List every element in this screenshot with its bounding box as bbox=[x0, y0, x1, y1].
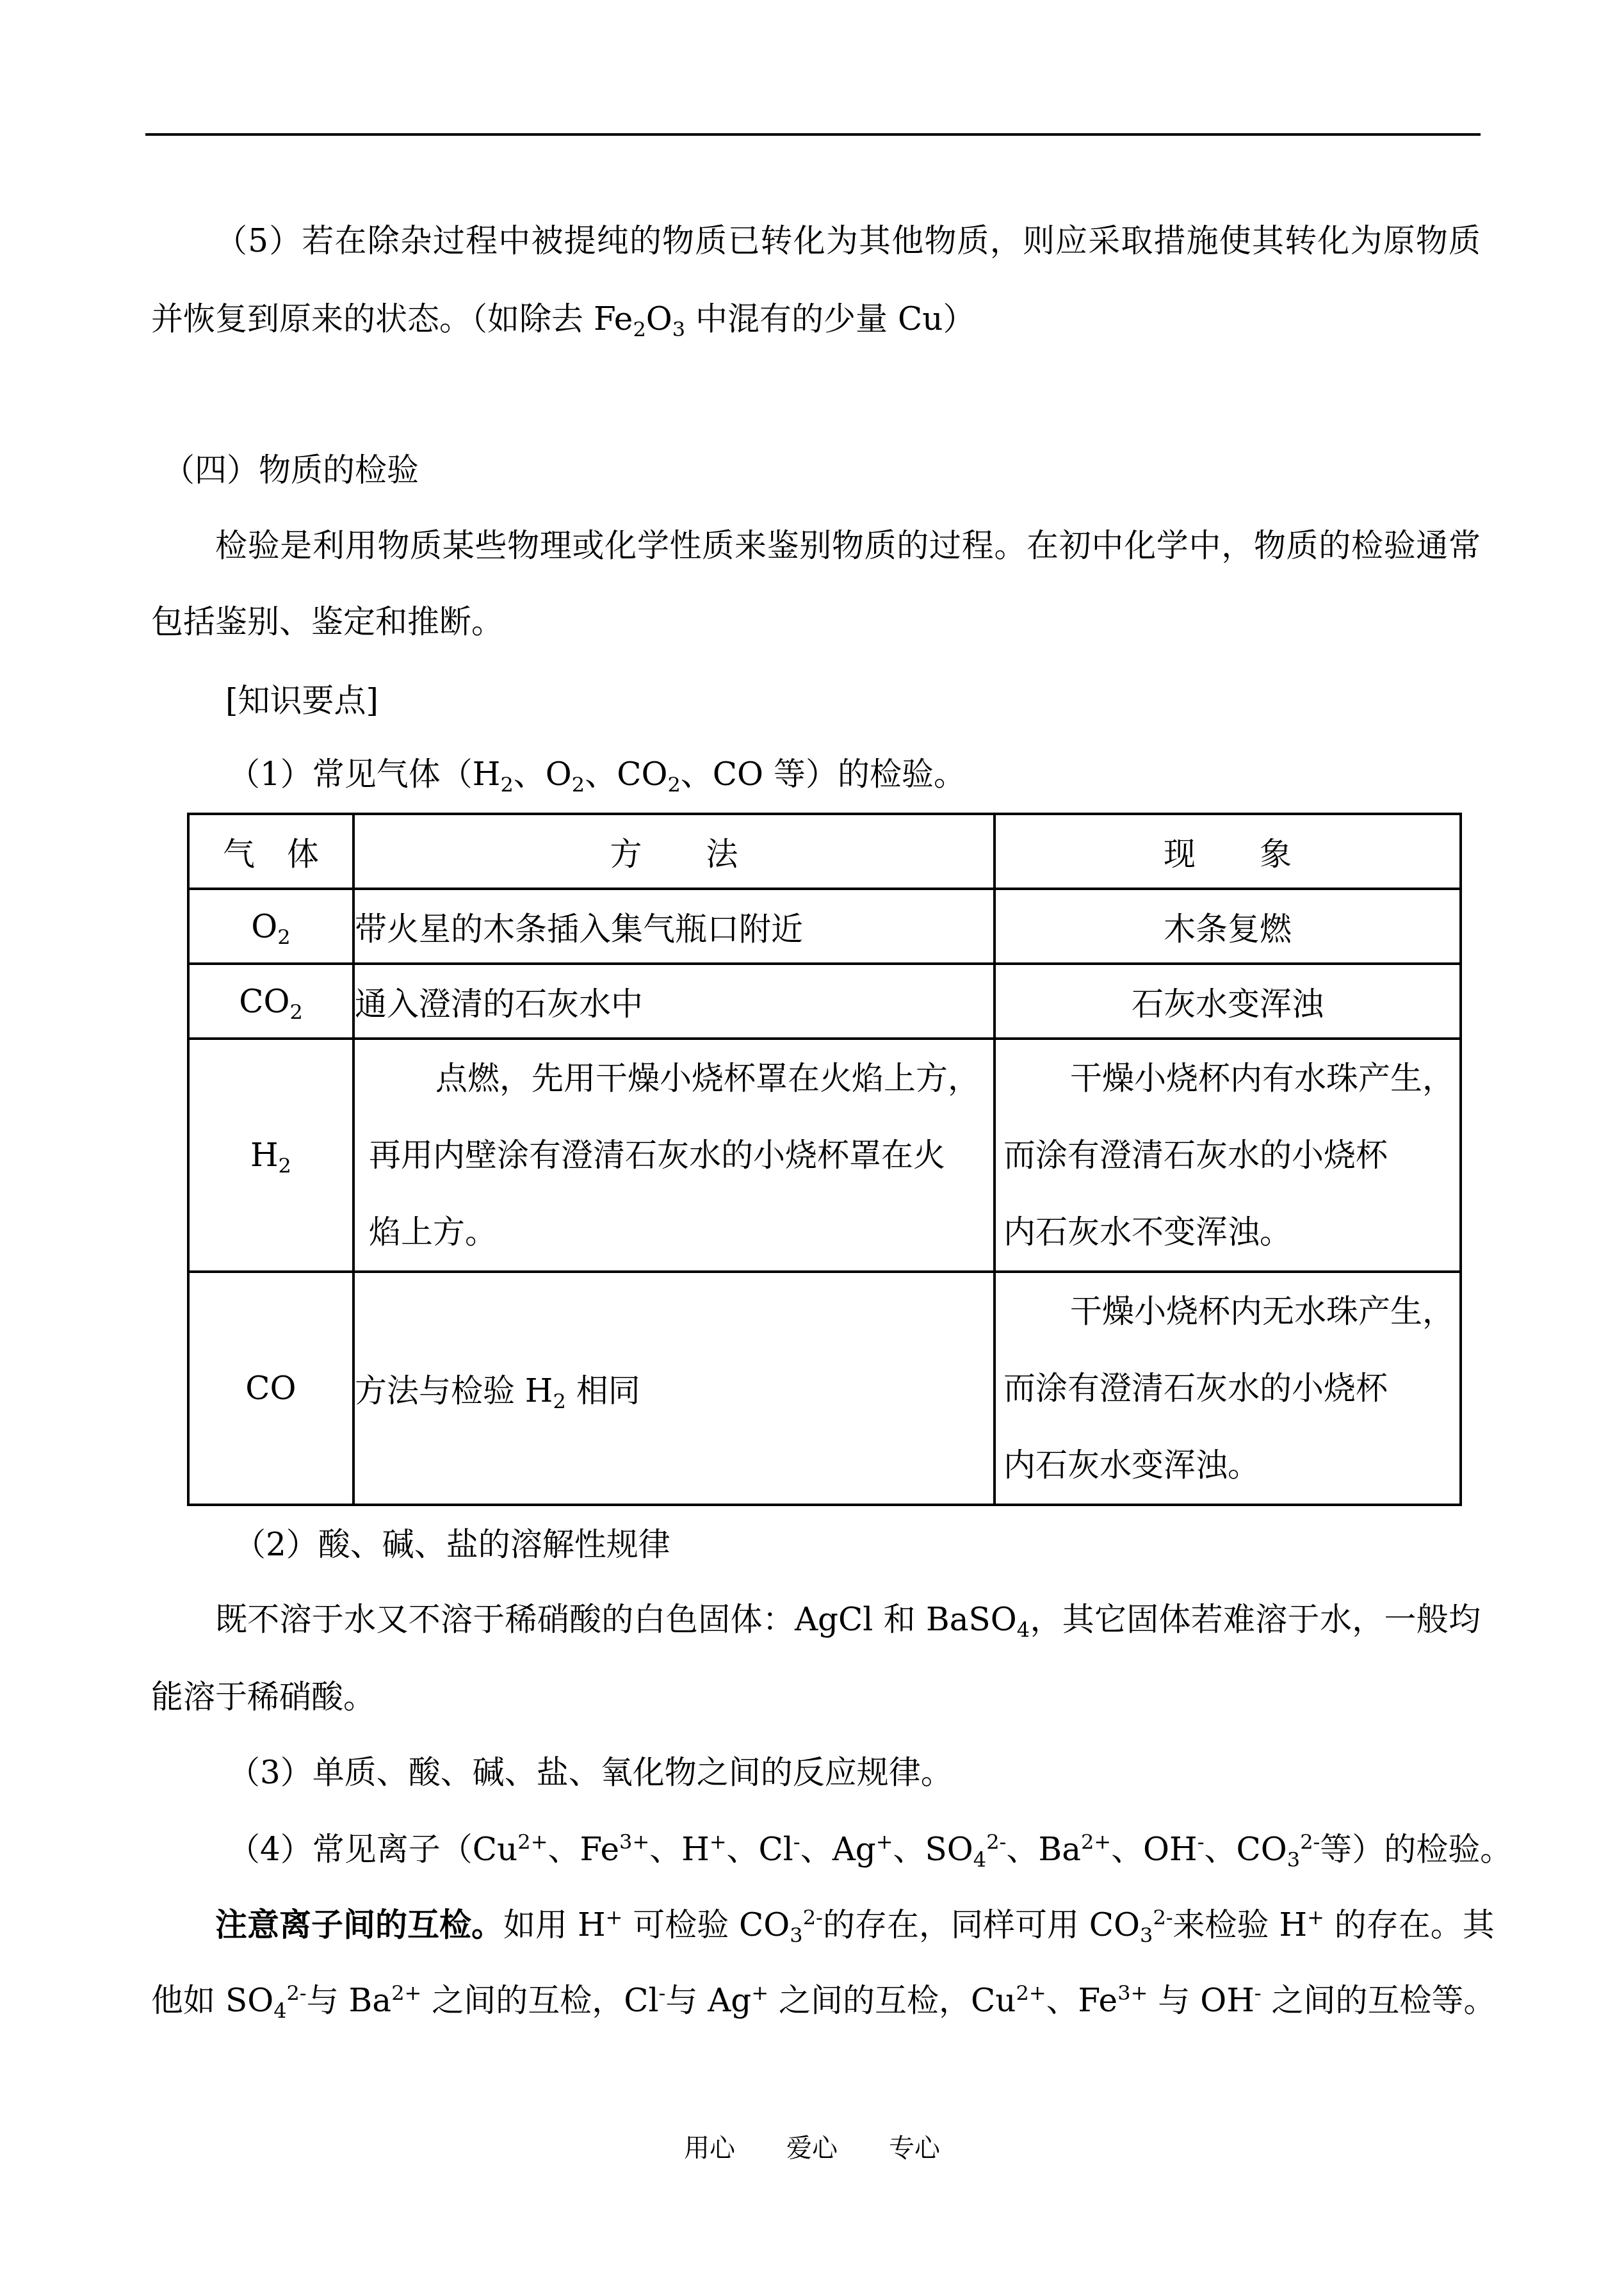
gas-formula: H bbox=[250, 1137, 279, 1174]
header-rule bbox=[145, 133, 1481, 136]
footer-item: 专心 bbox=[889, 2134, 940, 2163]
note-text: 如用 H bbox=[503, 1906, 606, 1943]
subscript: 3 bbox=[1287, 1847, 1300, 1872]
section4-title: （四）物质的检验 bbox=[163, 451, 419, 489]
superscript: 2- bbox=[1300, 1829, 1320, 1854]
note-text: 与 Ag bbox=[665, 1982, 751, 2019]
superscript: 3+ bbox=[1117, 1981, 1148, 2005]
superscript: 2- bbox=[803, 1905, 823, 1929]
method-cell: 方法与检验 H2 相同 bbox=[353, 1272, 995, 1505]
subscript: 4 bbox=[273, 1999, 286, 2023]
note-text: 、Fe bbox=[1046, 1982, 1118, 2019]
table-row: O2 带火星的木条插入集气瓶口附近 木条复燃 bbox=[188, 889, 1461, 964]
note-text: 来检验 H bbox=[1173, 1906, 1308, 1943]
knowledge-points-label: [知识要点] bbox=[225, 681, 378, 720]
intro-text: 检验是利用物质某些物理或化学性质来鉴别物质的过程。在初中化学中，物质的检验通常 bbox=[151, 527, 1481, 564]
gas-formula: CO bbox=[245, 1370, 296, 1407]
header-method: 方 法 bbox=[353, 814, 995, 889]
section5-text-post: 中混有的少量 Cu） bbox=[685, 300, 975, 337]
section5-line1: （5）若在除杂过程中被提纯的物质已转化为其他物质，则应采取措施使其转化为原物质 bbox=[151, 222, 1481, 260]
header-phenomenon: 现 象 bbox=[995, 814, 1461, 889]
method-line: 再用内壁涂有澄清石灰水的小烧杯罩在火 bbox=[369, 1117, 988, 1194]
item1-text: 、O bbox=[514, 756, 572, 793]
superscript: 2- bbox=[287, 1981, 307, 2005]
item2-line1: 既不溶于水又不溶于稀硝酸的白色固体：AgCl 和 BaSO4，其它固体若难溶于水… bbox=[151, 1600, 1481, 1639]
subscript: 4 bbox=[973, 1847, 986, 1872]
item4-text: 、H bbox=[649, 1831, 710, 1868]
subscript: 2 bbox=[572, 772, 585, 797]
phenomenon-line: 干燥小烧杯内无水珠产生， bbox=[1003, 1273, 1454, 1350]
superscript: - bbox=[1198, 1829, 1205, 1854]
section5-text-pre: 并恢复到原来的状态。（如除去 Fe bbox=[151, 300, 633, 337]
item4-text: 、Ag bbox=[800, 1831, 876, 1868]
superscript: - bbox=[1255, 1981, 1262, 2005]
gas-cell: H2 bbox=[188, 1039, 353, 1272]
formula-part: O bbox=[646, 300, 672, 337]
method-cell: 点燃，先用干燥小烧杯罩在火焰上方， 再用内壁涂有澄清石灰水的小烧杯罩在火 焰上方… bbox=[353, 1039, 995, 1272]
header-gas: 气 体 bbox=[188, 814, 353, 889]
method-text: 相同 bbox=[566, 1372, 640, 1409]
section5-line2: 并恢复到原来的状态。（如除去 Fe2O3 中混有的少量 Cu） bbox=[151, 300, 975, 338]
item2-text: 既不溶于水又不溶于稀硝酸的白色固体：AgCl 和 BaSO4，其它固体若难溶于水… bbox=[151, 1601, 1481, 1638]
item4-text: 、CO bbox=[1205, 1831, 1287, 1868]
item2-text-pre: 既不溶于水又不溶于稀硝酸的白色固体：AgCl 和 BaSO bbox=[215, 1601, 1017, 1638]
phenomenon-line: 内石灰水不变浑浊。 bbox=[1003, 1194, 1454, 1270]
page-footer: 用心爱心专心 bbox=[0, 2132, 1624, 2164]
note-text: 的存在，同样可用 CO bbox=[823, 1906, 1140, 1943]
subscript: 4 bbox=[1017, 1618, 1030, 1642]
note-line2: 他如 SO42-与 Ba2+ 之间的互检，Cl-与 Ag+ 之间的互检，Cu2+… bbox=[151, 1981, 1495, 2020]
note-text: 可检验 CO bbox=[622, 1906, 790, 1943]
item1-title: （1）常见气体（H2、O2、CO2、CO 等）的检验。 bbox=[228, 755, 966, 793]
phenomenon-line: 而涂有澄清石灰水的小烧杯 bbox=[1003, 1117, 1454, 1194]
item1-text: 、CO 等）的检验。 bbox=[681, 756, 966, 793]
superscript: 2+ bbox=[1016, 1981, 1046, 2005]
superscript: 2- bbox=[986, 1829, 1006, 1854]
subscript: 3 bbox=[672, 317, 685, 341]
method-line: 点燃，先用干燥小烧杯罩在火焰上方， bbox=[369, 1040, 988, 1117]
method-cell: 带火星的木条插入集气瓶口附近 bbox=[353, 889, 995, 964]
item2-text-post: ，其它固体若难溶于水，一般均 bbox=[1030, 1601, 1481, 1638]
method-text: 方法与检验 H bbox=[355, 1372, 553, 1409]
superscript: 3+ bbox=[619, 1829, 649, 1854]
footer-item: 爱心 bbox=[786, 2134, 838, 2163]
subscript: 3 bbox=[1140, 1923, 1153, 1947]
note-line1: 注意离子间的互检。如用 H+ 可检验 CO32-的存在，同样可用 CO32-来检… bbox=[151, 1906, 1481, 1944]
phenomenon-cell: 石灰水变浑浊 bbox=[995, 964, 1461, 1039]
footer-item: 用心 bbox=[684, 2134, 735, 2163]
item1-text: 、CO bbox=[585, 756, 667, 793]
superscript: + bbox=[751, 1981, 768, 2005]
item3-title: （3）单质、酸、碱、盐、氧化物之间的反应规律。 bbox=[228, 1753, 953, 1792]
note-text: 的存在。其 bbox=[1324, 1906, 1495, 1943]
item1-text: （1）常见气体（H bbox=[228, 756, 500, 793]
phenomenon-line: 干燥小烧杯内有水珠产生， bbox=[1003, 1040, 1454, 1117]
method-line: 焰上方。 bbox=[369, 1194, 988, 1270]
phenomenon-cell: 干燥小烧杯内无水珠产生， 而涂有澄清石灰水的小烧杯 内石灰水变浑浊。 bbox=[995, 1272, 1461, 1505]
section4-intro-line1: 检验是利用物质某些物理或化学性质来鉴别物质的过程。在初中化学中，物质的检验通常 bbox=[151, 526, 1481, 565]
item4-title: （4）常见离子（Cu2+、Fe3+、H+、Cl-、Ag+、SO42-、Ba2+、… bbox=[228, 1830, 1512, 1869]
gas-cell: O2 bbox=[188, 889, 353, 964]
table-row: H2 点燃，先用干燥小烧杯罩在火焰上方， 再用内壁涂有澄清石灰水的小烧杯罩在火 … bbox=[188, 1039, 1461, 1272]
superscript: 2+ bbox=[1081, 1829, 1111, 1854]
subscript: 2 bbox=[279, 1153, 291, 1178]
item2-line2: 能溶于稀硝酸。 bbox=[151, 1678, 375, 1716]
note-text: 之间的互检，Cu bbox=[768, 1982, 1016, 2019]
superscript: + bbox=[606, 1905, 623, 1929]
item4-text: 、SO bbox=[893, 1831, 973, 1868]
subscript: 2 bbox=[553, 1389, 565, 1413]
table-header-row: 气 体 方 法 现 象 bbox=[188, 814, 1461, 889]
superscript: 2- bbox=[1153, 1905, 1173, 1929]
superscript: 2+ bbox=[391, 1981, 421, 2005]
gas-formula: CO bbox=[239, 983, 289, 1020]
note-text: 注意离子间的互检。如用 H+ 可检验 CO32-的存在，同样可用 CO32-来检… bbox=[151, 1906, 1495, 1943]
note-text: 与 OH bbox=[1148, 1982, 1254, 2019]
item4-text: 、OH bbox=[1111, 1831, 1198, 1868]
table-row: CO 方法与检验 H2 相同 干燥小烧杯内无水珠产生， 而涂有澄清石灰水的小烧杯… bbox=[188, 1272, 1461, 1505]
item4-text: 等）的检验。 bbox=[1320, 1831, 1512, 1868]
gas-test-table: 气 体 方 法 现 象 O2 带火星的木条插入集气瓶口附近 木条复燃 CO2 通… bbox=[187, 813, 1462, 1506]
note-text: 之间的互检，Cl bbox=[421, 1982, 658, 2019]
item4-text: 、Ba bbox=[1006, 1831, 1081, 1868]
item4-text: 、Fe bbox=[548, 1831, 619, 1868]
gas-cell: CO2 bbox=[188, 964, 353, 1039]
subscript: 2 bbox=[633, 317, 646, 341]
item4-text: 、Cl bbox=[727, 1831, 793, 1868]
gas-formula: O bbox=[251, 908, 277, 945]
table-row: CO2 通入澄清的石灰水中 石灰水变浑浊 bbox=[188, 964, 1461, 1039]
phenomenon-cell: 木条复燃 bbox=[995, 889, 1461, 964]
method-cell: 通入澄清的石灰水中 bbox=[353, 964, 995, 1039]
note-text: 之间的互检等。 bbox=[1262, 1982, 1496, 2019]
note-emphasis: 注意离子间的互检。 bbox=[215, 1906, 503, 1943]
superscript: + bbox=[710, 1829, 727, 1854]
subscript: 2 bbox=[289, 1000, 302, 1024]
section5-text: （5）若在除杂过程中被提纯的物质已转化为其他物质，则应采取措施使其转化为原物质 bbox=[151, 222, 1481, 259]
subscript: 3 bbox=[790, 1923, 802, 1947]
phenomenon-line: 而涂有澄清石灰水的小烧杯 bbox=[1003, 1350, 1454, 1427]
superscript: + bbox=[876, 1829, 893, 1854]
item2-title: （2）酸、碱、盐的溶解性规律 bbox=[234, 1525, 670, 1564]
subscript: 2 bbox=[500, 772, 513, 797]
subscript: 2 bbox=[667, 772, 680, 797]
superscript: - bbox=[793, 1829, 800, 1854]
item4-text: （4）常见离子（Cu bbox=[228, 1831, 517, 1868]
phenomenon-cell: 干燥小烧杯内有水珠产生， 而涂有澄清石灰水的小烧杯 内石灰水不变浑浊。 bbox=[995, 1039, 1461, 1272]
superscript: - bbox=[658, 1981, 665, 2005]
superscript: 2+ bbox=[517, 1829, 548, 1854]
note-text: 与 Ba bbox=[307, 1982, 391, 2019]
section4-intro-line2: 包括鉴别、鉴定和推断。 bbox=[151, 603, 503, 641]
superscript: + bbox=[1307, 1905, 1324, 1929]
phenomenon-line: 内石灰水变浑浊。 bbox=[1003, 1427, 1454, 1504]
note-text: 他如 SO bbox=[151, 1982, 273, 2019]
gas-cell: CO bbox=[188, 1272, 353, 1505]
subscript: 2 bbox=[277, 925, 290, 949]
